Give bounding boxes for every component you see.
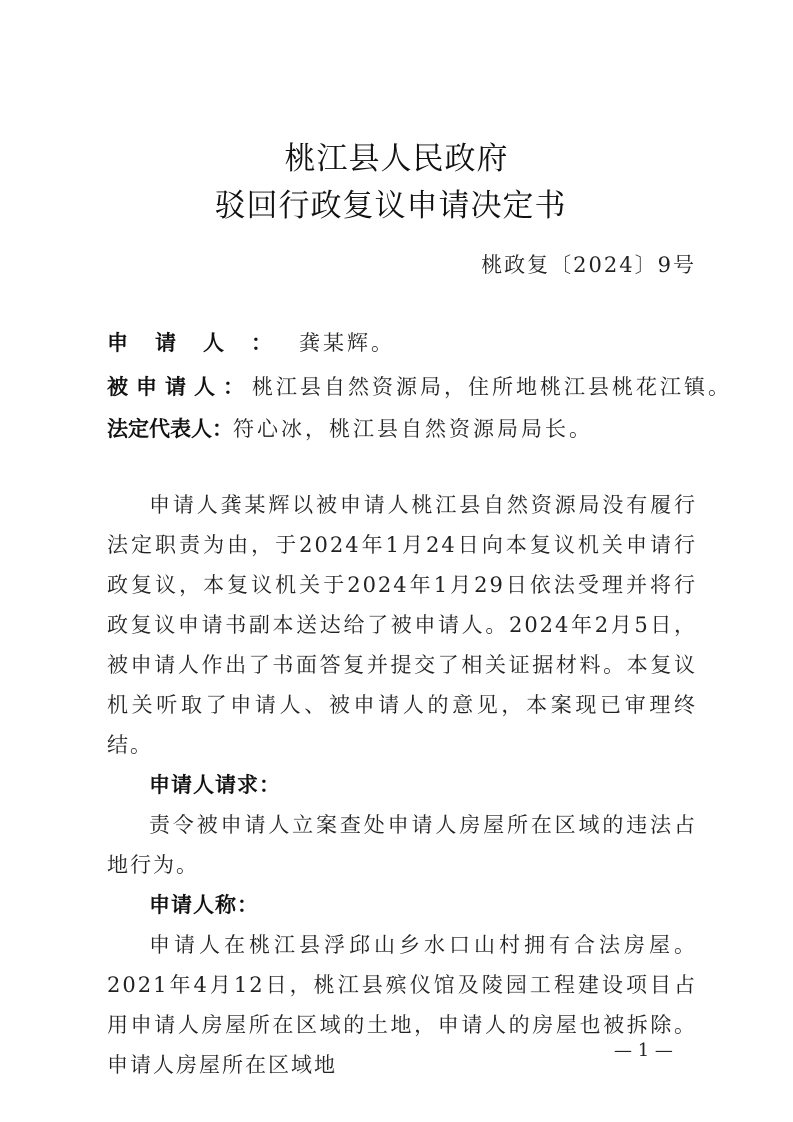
- page-number: — 1 —: [614, 1040, 673, 1061]
- document-title-line2: 驳回行政复议申请决定书: [0, 180, 787, 225]
- paragraph-intro: 申请人龚某辉以被申请人桃江县自然资源局没有履行法定职责为由，于2024年1月24…: [107, 485, 697, 765]
- document-title-line1: 桃江县人民政府: [0, 133, 793, 178]
- party-applicant: 申请人：龚某辉。: [107, 328, 395, 358]
- paragraph-request: 责令被申请人立案查处申请人房屋所在区域的违法占地行为。: [107, 805, 697, 885]
- party-legal-representative: 法定代表人：符心冰，桃江县自然资源局局长。: [107, 414, 593, 444]
- party-label: 被申请人：: [107, 372, 252, 402]
- document-number: 桃政复〔2024〕9号: [481, 249, 696, 279]
- party-value: 龚某辉。: [299, 331, 395, 355]
- heading-applicant-claims: 申请人称：: [107, 885, 697, 925]
- party-value: 桃江县自然资源局，住所地桃江县桃花江镇。: [252, 375, 732, 399]
- party-label: 法定代表人：: [107, 414, 233, 444]
- heading-applicant-request: 申请人请求：: [107, 765, 697, 805]
- party-respondent: 被申请人：桃江县自然资源局，住所地桃江县桃花江镇。: [107, 372, 732, 402]
- document-body: 申请人龚某辉以被申请人桃江县自然资源局没有履行法定职责为由，于2024年1月24…: [107, 485, 697, 1085]
- paragraph-claims: 申请人在桃江县浮邱山乡水口山村拥有合法房屋。2021年4月12日，桃江县殡仪馆及…: [107, 925, 697, 1085]
- party-value: 符心冰，桃江县自然资源局局长。: [233, 417, 593, 441]
- party-label: 申请人：: [107, 328, 299, 358]
